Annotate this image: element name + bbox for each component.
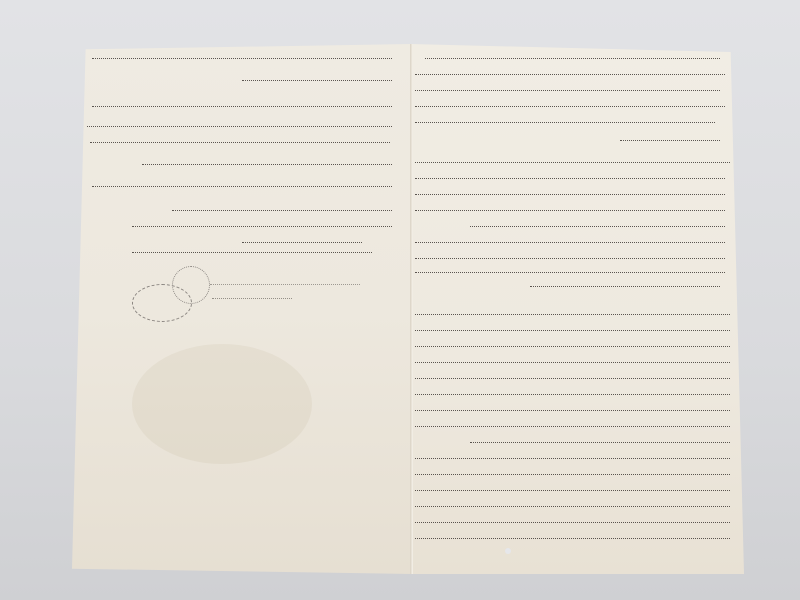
left-page [72, 44, 412, 574]
round-seal [172, 266, 210, 304]
paper-hole [505, 548, 511, 554]
page-fold [410, 44, 413, 574]
document [72, 44, 744, 574]
right-page [410, 44, 744, 574]
